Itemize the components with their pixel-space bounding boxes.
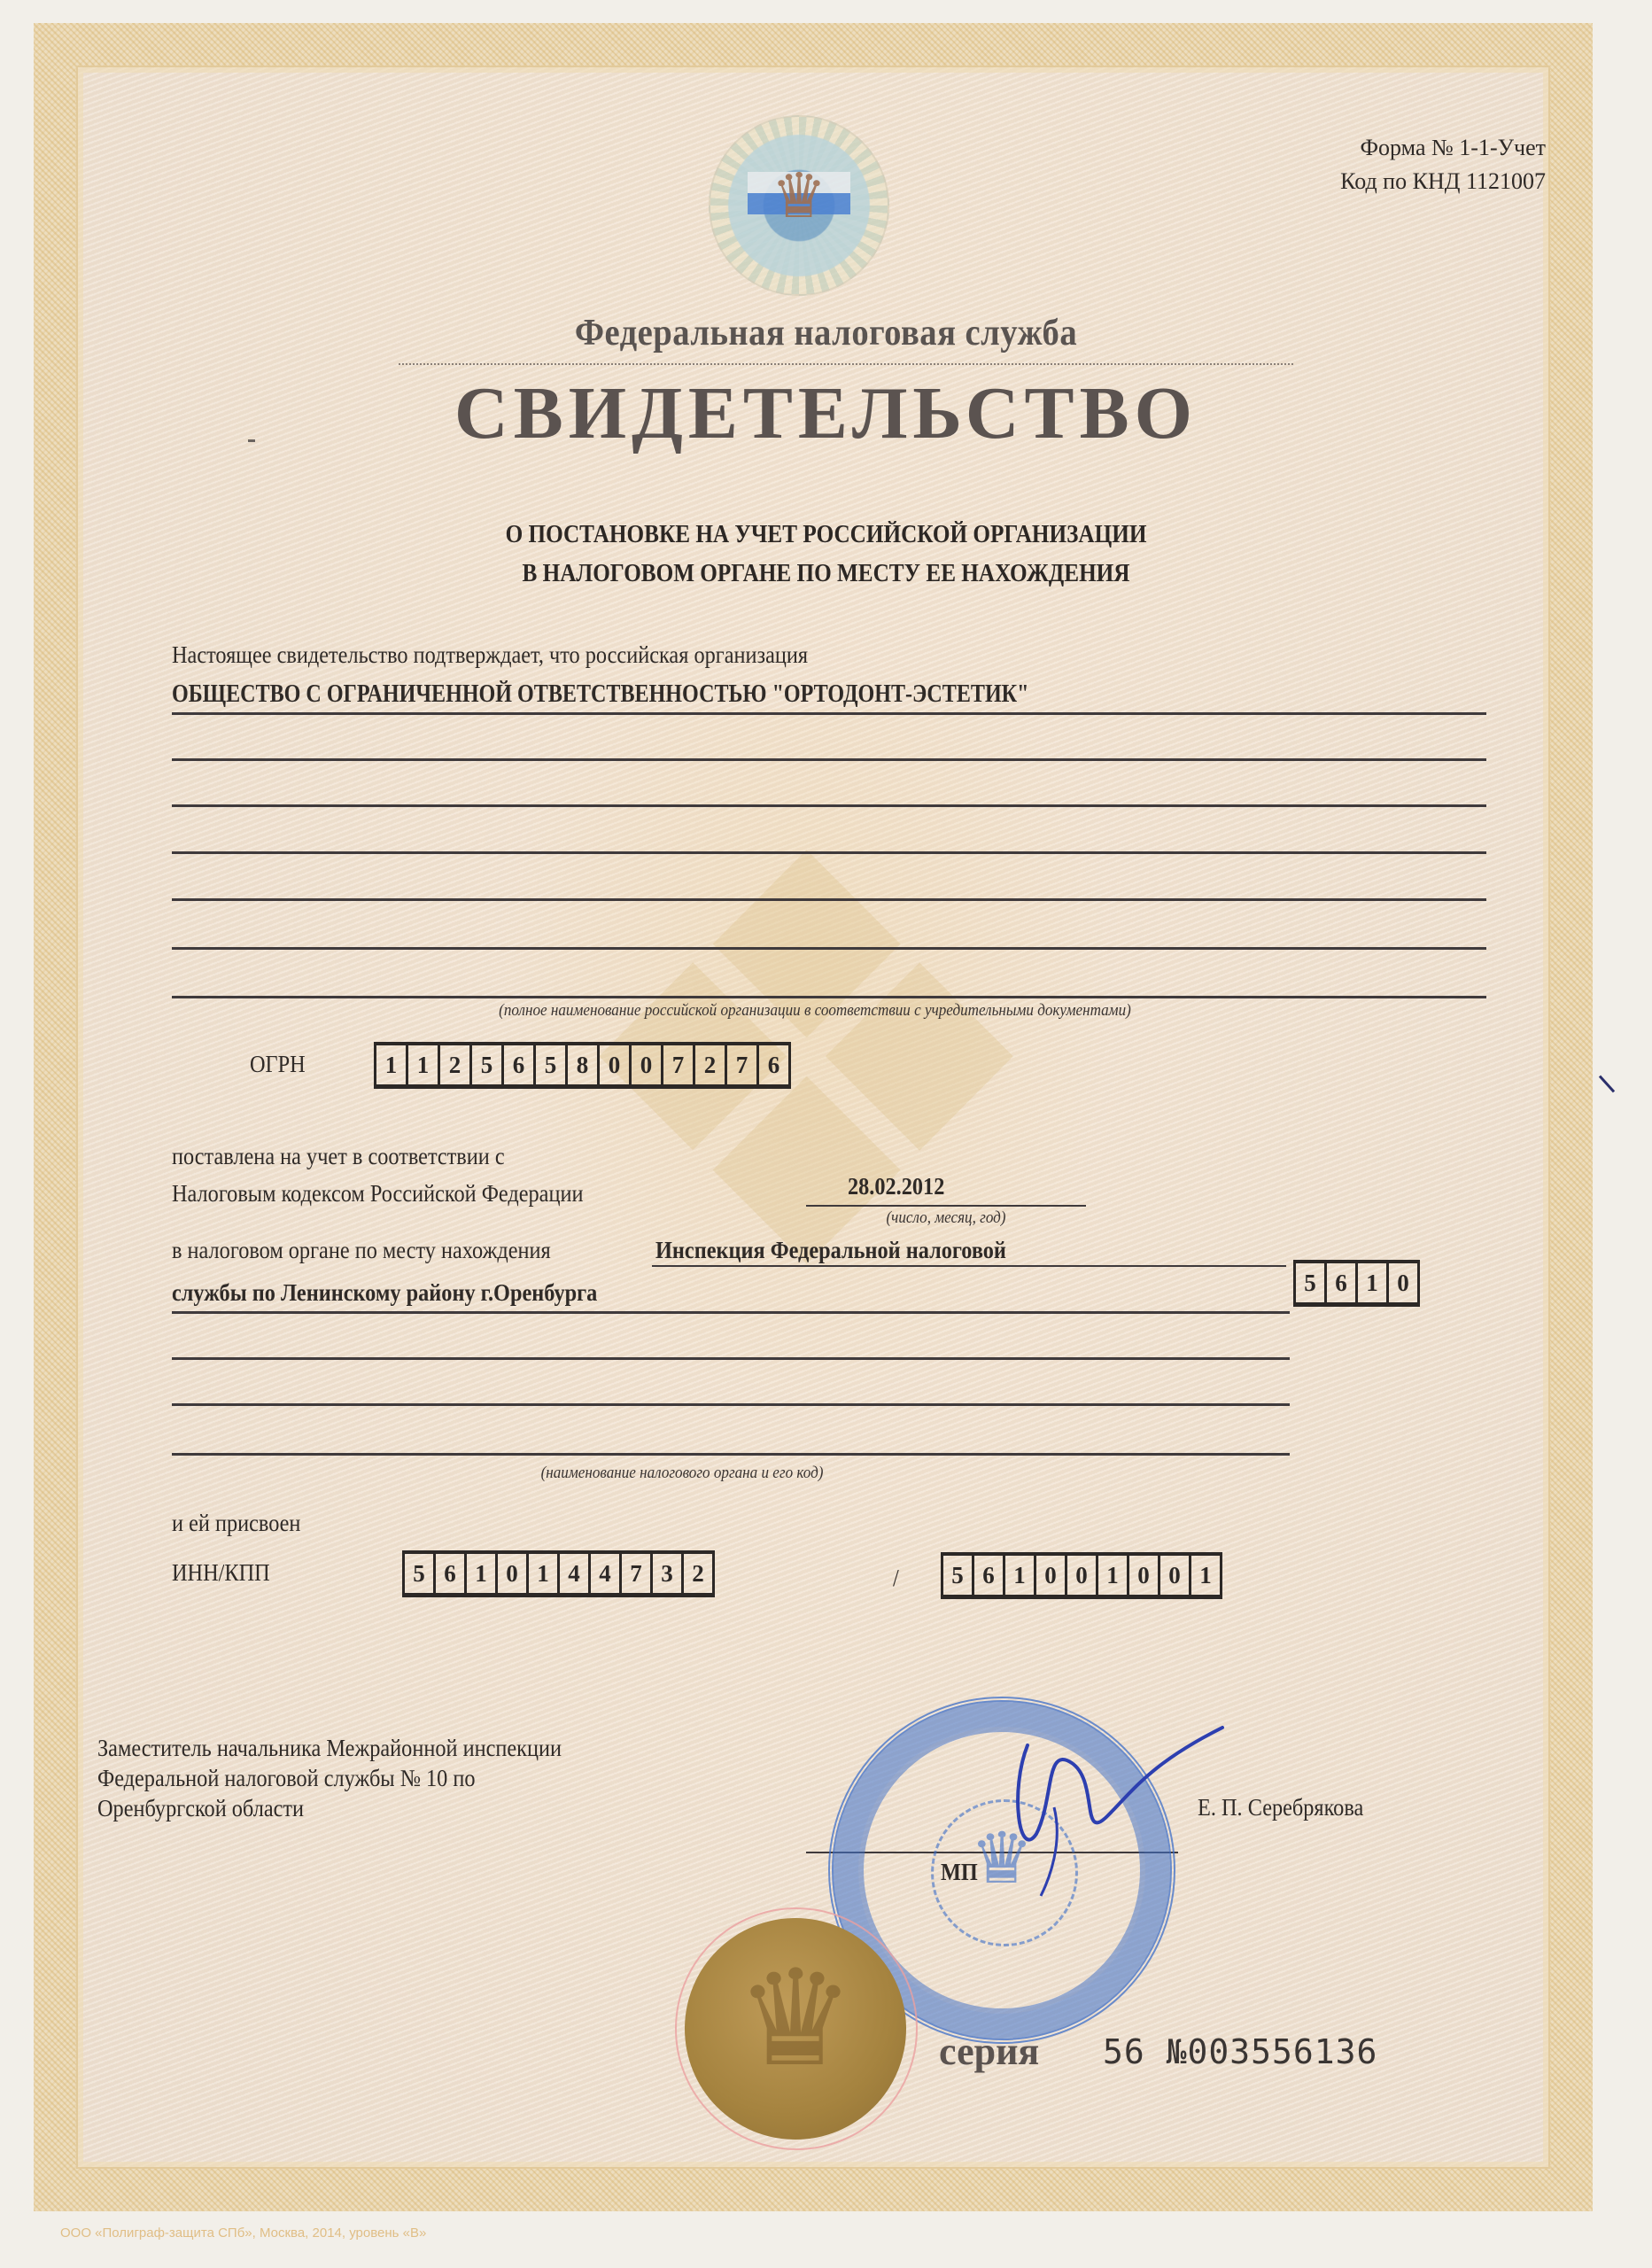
pen-mark <box>1599 1076 1615 1093</box>
registration-line-2: Налоговым кодексом Российской Федерации <box>172 1180 583 1208</box>
org-name-line-6 <box>172 947 1486 950</box>
digit-cell: 0 <box>1160 1556 1191 1595</box>
digit-cell: 0 <box>1036 1556 1067 1595</box>
subtitle-line-2: В НАЛОГОВОМ ОРГАНЕ ПО МЕСТУ ЕЕ НАХОЖДЕНИ… <box>82 555 1570 594</box>
digit-cell: 0 <box>1067 1556 1098 1595</box>
ogrn-label: ОГРН <box>250 1051 306 1078</box>
tax-office-name-line-2: службы по Ленинскому району г.Оренбурга <box>172 1279 597 1307</box>
digit-cell: 7 <box>663 1045 695 1084</box>
organization-intro: Настоящее свидетельство подтверждает, чт… <box>172 641 808 669</box>
tax-office-caption: (наименование налогового органа и его ко… <box>483 1464 881 1483</box>
serial-number: 56 №003556136 <box>1103 2032 1377 2071</box>
document-subtitle: О ПОСТАНОВКЕ НА УЧЕТ РОССИЙСКОЙ ОРГАНИЗА… <box>82 516 1570 594</box>
digit-cell: 1 <box>1005 1556 1036 1595</box>
digit-cell: 6 <box>504 1045 536 1084</box>
serial-label: серия <box>939 2029 1039 2074</box>
registration-line-1: поставлена на учет в соответствии с <box>172 1143 505 1170</box>
assigned-intro: и ей присвоен <box>172 1510 300 1537</box>
digit-cell: 1 <box>1098 1556 1129 1595</box>
org-name-line-2 <box>172 758 1486 761</box>
digit-cell: 5 <box>536 1045 568 1084</box>
inn-kpp-separator: / <box>893 1565 899 1592</box>
org-name-line-5 <box>172 898 1486 901</box>
document-title: СВИДЕТЕЛЬСТВО <box>0 370 1652 456</box>
tax-office-name-line-1: Инспекция Федеральной налоговой <box>655 1237 1006 1264</box>
digit-cell: 1 <box>1358 1263 1389 1302</box>
digit-cell: 0 <box>600 1045 632 1084</box>
organization-caption: (полное наименование российской организа… <box>416 1001 1214 1021</box>
organization-name: ОБЩЕСТВО С ОГРАНИЧЕННОЙ ОТВЕТСТВЕННОСТЬЮ… <box>172 680 1029 709</box>
digit-cell: 4 <box>591 1554 622 1593</box>
subtitle-line-1: О ПОСТАНОВКЕ НА УЧЕТ РОССИЙСКОЙ ОРГАНИЗА… <box>82 516 1570 555</box>
digit-cell: 3 <box>653 1554 684 1593</box>
digit-cell: 0 <box>1129 1556 1160 1595</box>
signatory-position: Заместитель начальника Межрайонной инспе… <box>97 1733 562 1823</box>
digit-cell: 1 <box>376 1045 408 1084</box>
org-name-line-4 <box>172 851 1486 854</box>
date-underline <box>806 1205 1086 1207</box>
tax-office-line-4 <box>172 1403 1290 1406</box>
tax-office-line-1 <box>652 1265 1286 1267</box>
org-name-line-1 <box>172 712 1486 715</box>
tax-office-line-5 <box>172 1453 1290 1456</box>
digit-cell: 5 <box>1296 1263 1327 1302</box>
digit-cell: 0 <box>1389 1263 1420 1302</box>
gold-seal-eagle-icon: ♛ <box>685 1918 906 2140</box>
digit-cell: 1 <box>529 1554 560 1593</box>
digit-cell: 7 <box>622 1554 653 1593</box>
tax-office-code-boxes: 5610 <box>1293 1260 1420 1307</box>
agency-divider <box>399 363 1293 365</box>
digit-cell: 5 <box>405 1554 436 1593</box>
knd-code: Код по КНД 1121007 <box>1340 165 1546 198</box>
tax-office-intro: в налоговом органе по месту нахождения <box>172 1237 551 1264</box>
kpp-digit-boxes: 561001001 <box>941 1552 1222 1599</box>
inn-digit-boxes: 5610144732 <box>402 1550 715 1597</box>
signatory-position-line-2: Федеральной налоговой службы № 10 по <box>97 1763 562 1793</box>
digit-cell: 2 <box>440 1045 472 1084</box>
printer-footer: ООО «Полиграф-защита СПб», Москва, 2014,… <box>60 2225 426 2241</box>
digit-cell: 2 <box>684 1554 715 1593</box>
digit-cell: 7 <box>727 1045 759 1084</box>
digit-cell: 1 <box>467 1554 498 1593</box>
digit-cell: 6 <box>759 1045 791 1084</box>
digit-cell: 2 <box>695 1045 727 1084</box>
digit-cell: 8 <box>568 1045 600 1084</box>
signature <box>1001 1710 1231 1905</box>
digit-cell: 5 <box>943 1556 974 1595</box>
ogrn-digit-boxes: 1125658007276 <box>374 1042 791 1089</box>
digit-cell: 0 <box>498 1554 529 1593</box>
tax-office-line-3 <box>172 1357 1290 1360</box>
digit-cell: 1 <box>1191 1556 1222 1595</box>
registration-date: 28.02.2012 <box>848 1173 944 1200</box>
org-name-line-7 <box>172 996 1486 998</box>
form-info: Форма № 1-1-Учет Код по КНД 1121007 <box>1340 131 1546 198</box>
signatory-position-line-3: Оренбургской области <box>97 1793 562 1823</box>
signatory-position-line-1: Заместитель начальника Межрайонной инспе… <box>97 1733 562 1763</box>
double-headed-eagle-icon: ♛ <box>710 167 888 229</box>
tax-office-line-2 <box>172 1311 1290 1314</box>
org-name-line-3 <box>172 804 1486 807</box>
digit-cell: 6 <box>1327 1263 1358 1302</box>
agency-name: Федеральная налоговая служба <box>66 312 1586 354</box>
digit-cell: 1 <box>408 1045 440 1084</box>
digit-cell: 4 <box>560 1554 591 1593</box>
digit-cell: 6 <box>436 1554 467 1593</box>
fns-hologram-emblem-icon: ♛ <box>709 115 889 296</box>
date-caption: (число, месяц, год) <box>820 1208 1072 1228</box>
digit-cell: 6 <box>974 1556 1005 1595</box>
digit-cell: 0 <box>632 1045 663 1084</box>
digit-cell: 5 <box>472 1045 504 1084</box>
form-number: Форма № 1-1-Учет <box>1340 131 1546 165</box>
inn-kpp-label: ИНН/КПП <box>172 1559 270 1587</box>
